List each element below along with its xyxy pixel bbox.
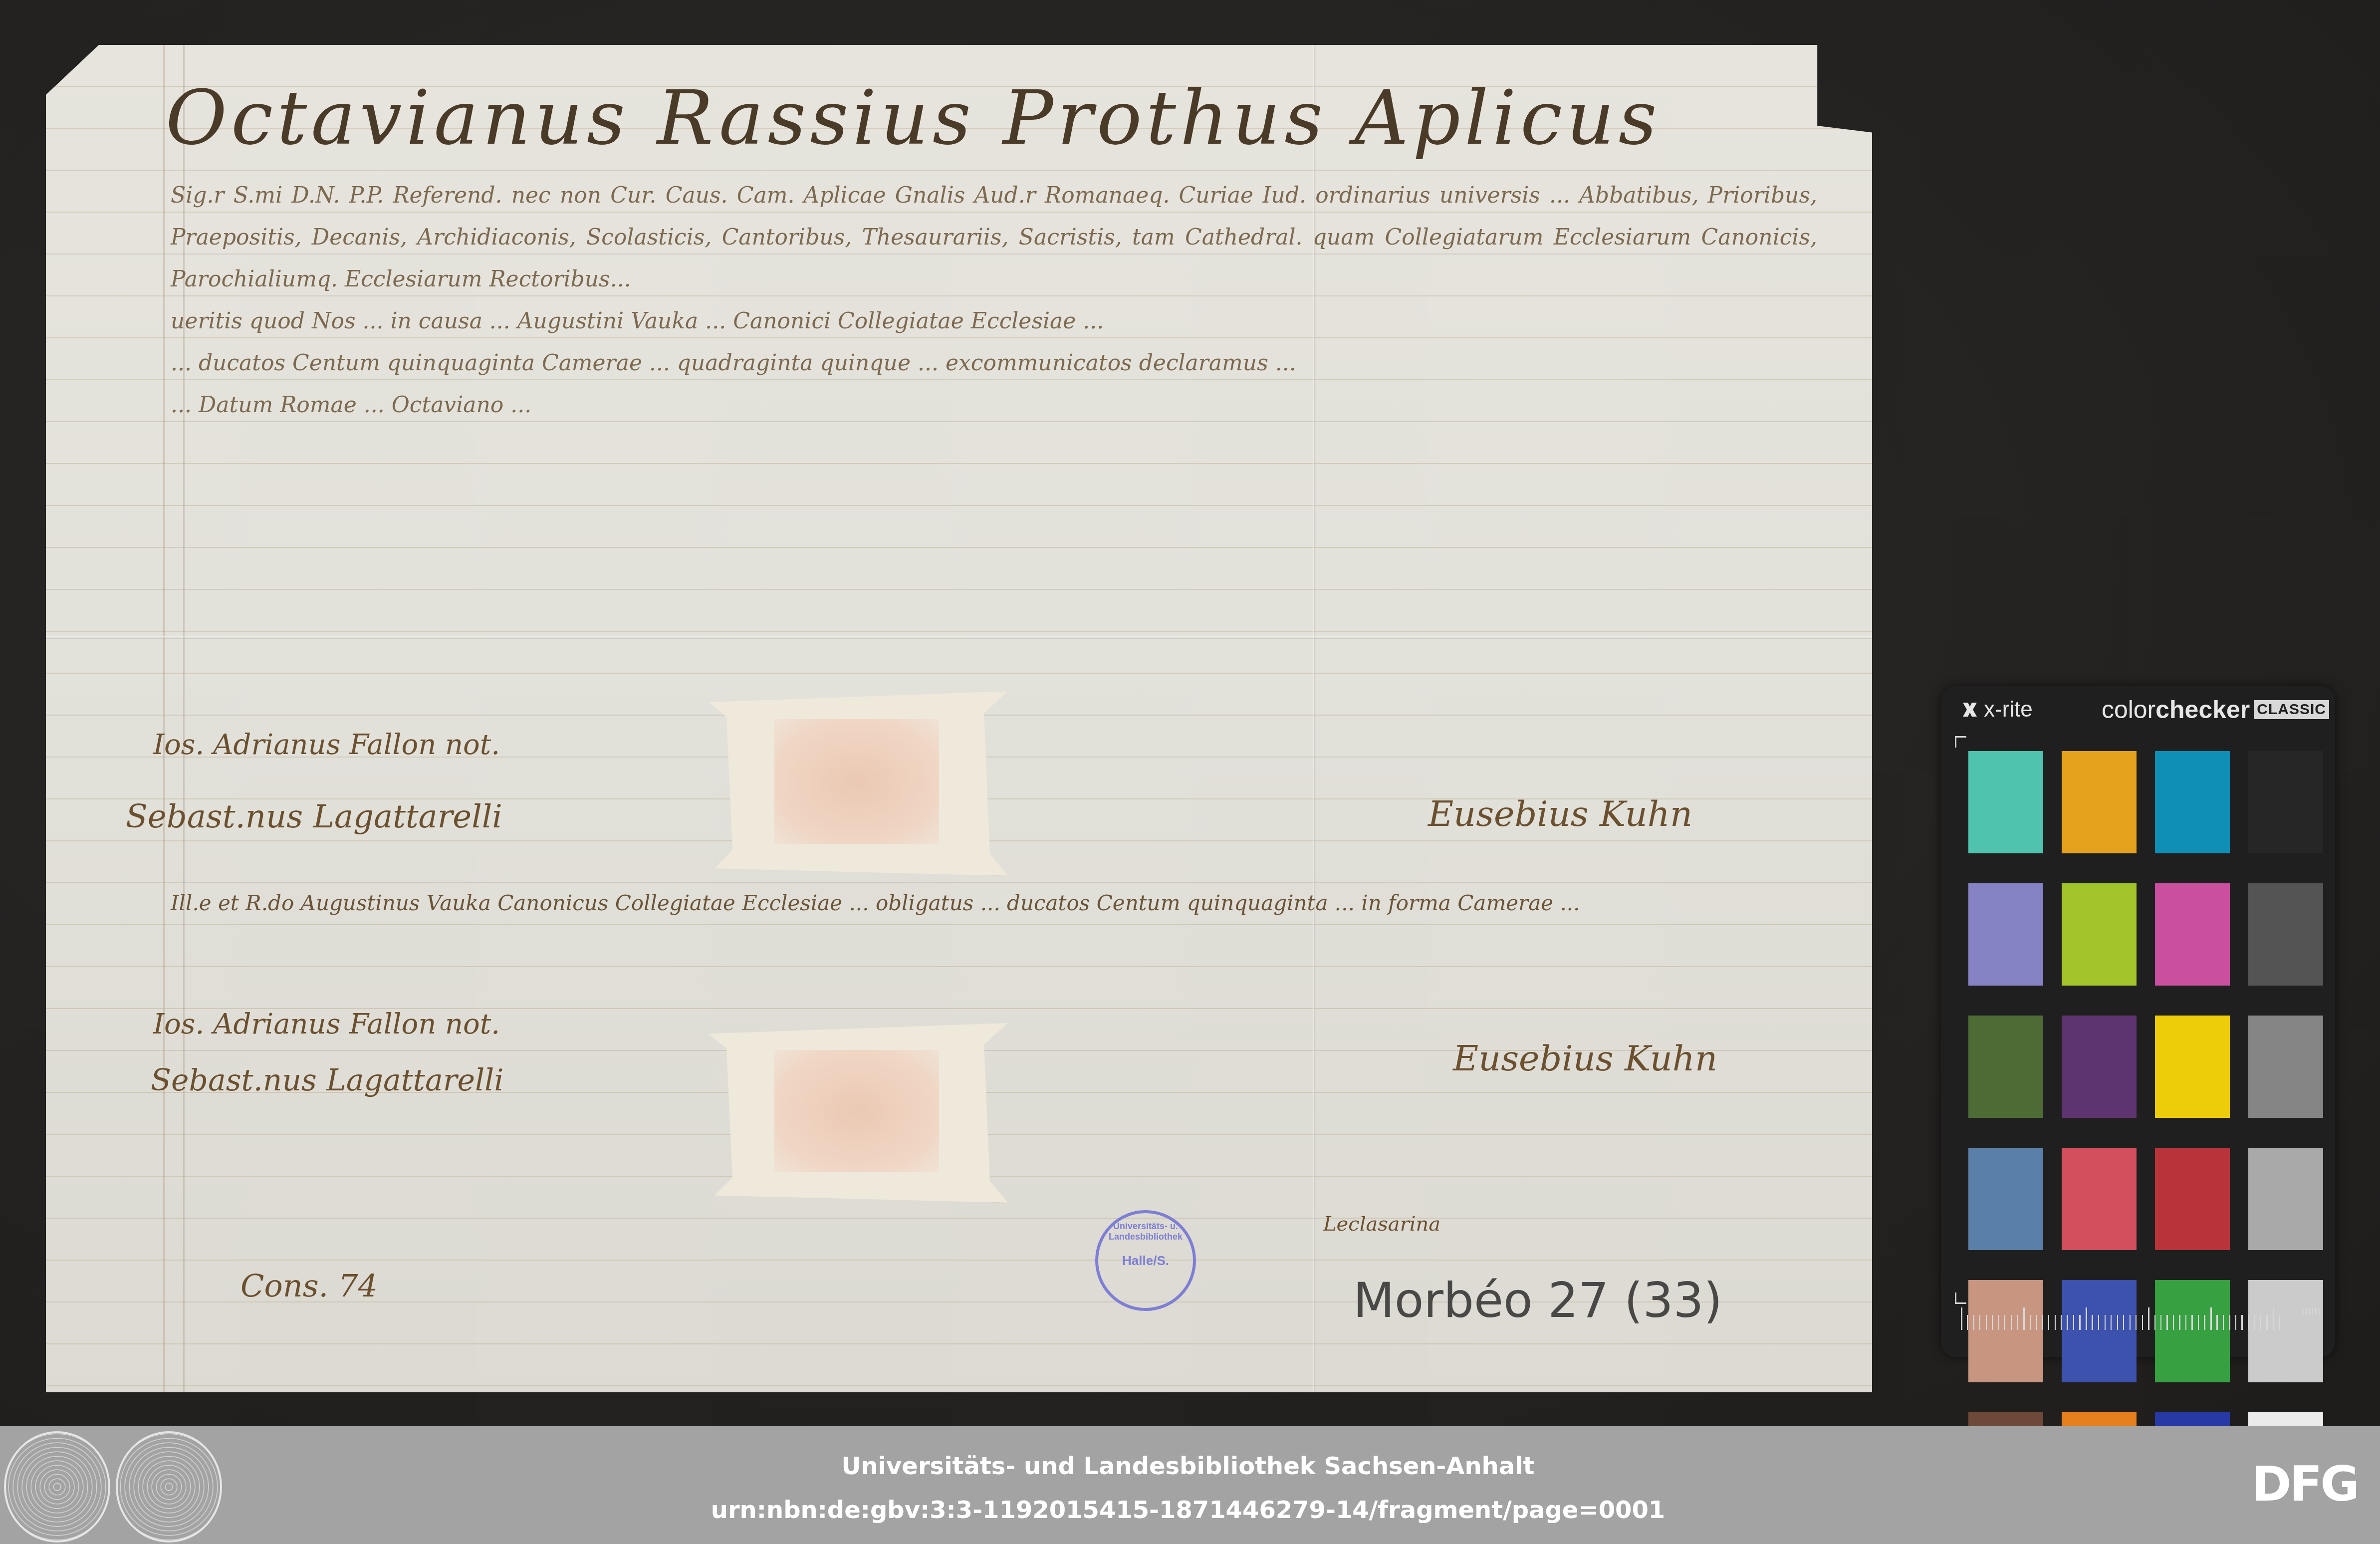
color-patch-grid — [1968, 751, 2323, 1515]
mm-ruler-major-ticks — [1961, 1307, 2280, 1330]
document-body: Sig.r S.mi D.N. P.P. Referend. nec non C… — [171, 175, 1817, 426]
color-patch-black — [2248, 751, 2323, 853]
document-heading: Octavianus Rassius Prothus Aplicus — [166, 75, 1661, 162]
color-patch-moderate-red — [2062, 1148, 2137, 1250]
color-patch-yellow — [2155, 1016, 2230, 1118]
color-checker-card: x-rite colorchecker CLASSIC mm — [1941, 686, 2335, 1357]
urn-identifier[interactable]: urn:nbn:de:gbv:3:3-1192015415-1871446279… — [0, 1496, 2380, 1524]
color-patch-blue-sky — [1968, 1148, 2043, 1250]
paper-seal-bottom — [709, 1023, 1008, 1203]
archive-note-ink: Cons. 74 — [240, 1268, 378, 1304]
institution-name: Universitäts- und Landesbibliothek Sachs… — [0, 1452, 2380, 1480]
body-line: ... Datum Romae ... Octaviano ... — [171, 384, 1817, 426]
color-patch-red — [2155, 1148, 2230, 1250]
archive-note-pencil: Morbéo 27 (33) — [1353, 1273, 1722, 1328]
signature-right-bottom: Eusebius Kuhn — [1453, 1038, 1717, 1079]
corner-mark — [1955, 1292, 1966, 1304]
xrite-brand: x-rite — [1961, 697, 2033, 722]
color-patch-neutral-6.5 — [2248, 1148, 2323, 1250]
second-paragraph: Ill.e et R.do Augustinus Vauka Canonicus… — [171, 883, 1817, 923]
color-patch-orange-yellow — [2062, 751, 2137, 853]
university-seal-icon — [4, 1431, 110, 1543]
signature-right-top: Eusebius Kuhn — [1428, 793, 1692, 834]
corner-mark — [1955, 736, 1966, 748]
color-patch-blue — [2062, 1280, 2137, 1382]
ruler-unit: mm — [2302, 1304, 2320, 1317]
signature-notary-top: Ios. Adrianus Fallon not. — [153, 729, 500, 761]
wax-seal-imprint — [774, 719, 939, 845]
body-line: Sig.r S.mi D.N. P.P. Referend. nec non C… — [171, 175, 1817, 300]
color-patch-magenta — [2155, 883, 2230, 986]
color-patch-neutral-5 — [2248, 1016, 2323, 1118]
color-patch-foliage — [1968, 1016, 2043, 1118]
xrite-logo-icon — [1961, 701, 1979, 719]
color-patch-green — [2155, 1280, 2230, 1382]
archive-note-small: Leclasarina — [1323, 1213, 1440, 1236]
signature-lagattarelli-bottom: Sebast.nus Lagattarelli — [151, 1063, 503, 1098]
library-footer-banner: Universitäts- und Landesbibliothek Sachs… — [0, 1426, 2380, 1544]
dfg-logo: DFG — [2252, 1456, 2358, 1512]
product-name: colorchecker CLASSIC — [2102, 695, 2329, 724]
edition-badge: CLASSIC — [2254, 700, 2329, 719]
color-patch-neutral-3.5 — [2248, 883, 2323, 986]
signature-lagattarelli-top: Sebast.nus Lagattarelli — [126, 798, 502, 835]
left-margin-line — [163, 45, 165, 1392]
body-line: ueritis quod Nos ... in causa ... August… — [171, 300, 1817, 342]
wax-seal-imprint — [774, 1050, 939, 1172]
brand-name: x-rite — [1984, 697, 2033, 722]
library-seal-icon — [116, 1431, 222, 1543]
color-patch-light-skin — [1968, 1280, 2043, 1382]
library-stamp: Universitäts- u. Landesbibliothek Halle/… — [1095, 1210, 1196, 1311]
signature-notary-bottom: Ios. Adrianus Fallon not. — [153, 1008, 500, 1040]
horizontal-fold — [46, 636, 1872, 639]
color-patch-yellow-green — [2062, 883, 2137, 986]
color-patch-bluish-green — [1968, 751, 2043, 853]
body-line: ... ducatos Centum quinquaginta Camerae … — [171, 342, 1817, 384]
color-patch-purple — [2062, 1016, 2137, 1118]
stamp-ring-text: Universitäts- u. Landesbibliothek — [1103, 1218, 1188, 1303]
color-patch-blue-flower — [1968, 883, 2043, 986]
color-patch-neutral-8 — [2248, 1280, 2323, 1382]
paper-seal-top — [709, 691, 1008, 876]
color-patch-cyan — [2155, 751, 2230, 853]
